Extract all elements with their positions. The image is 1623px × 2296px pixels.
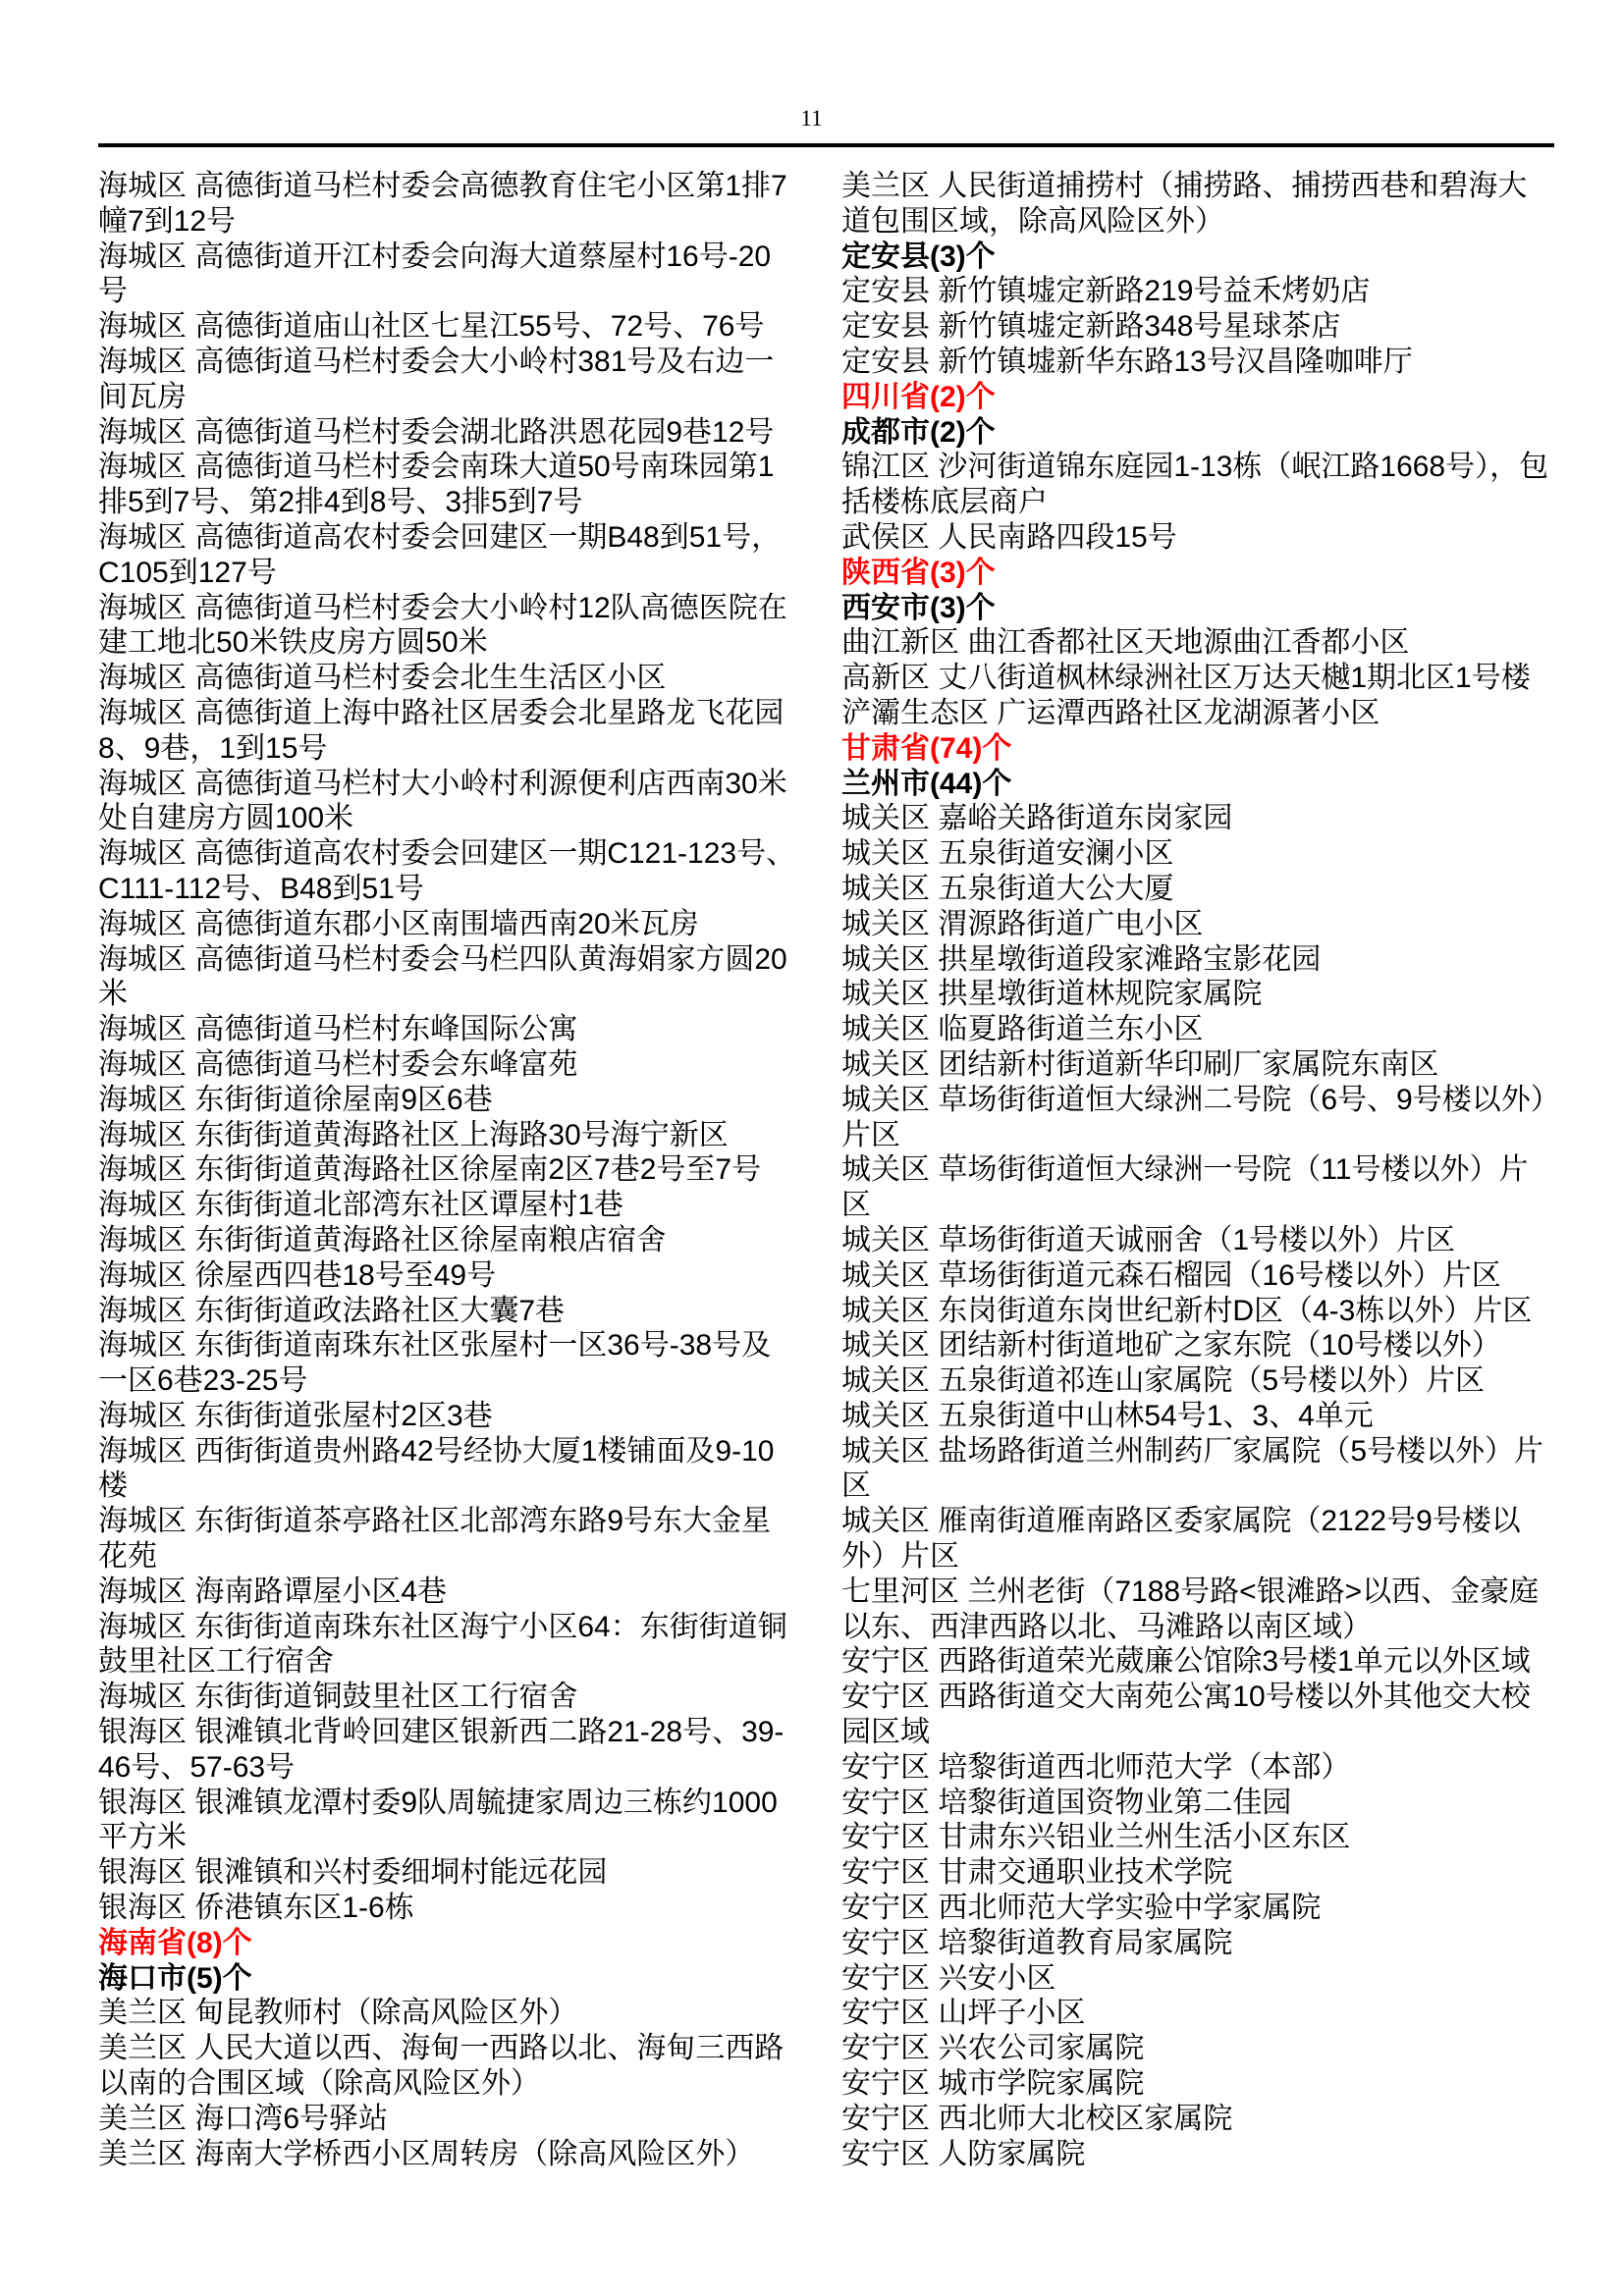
area-entry: 安宁区 西路街道荣光葳廉公馆除3号楼1单元以外区域: [841, 1644, 1555, 1680]
area-entry: 安宁区 甘肃东兴铝业兰州生活小区东区: [841, 1820, 1555, 1855]
area-entry: 城关区 团结新村街道新华印刷厂家属院东南区: [841, 1047, 1555, 1083]
city-header: 定安县(3)个: [841, 240, 1555, 275]
area-entry: 七里河区 兰州老街（7188号路<银滩路>以西、金豪庭以东、西津西路以北、马滩路…: [841, 1575, 1555, 1645]
area-entry: 城关区 五泉街道大公大厦: [841, 872, 1555, 907]
area-entry: 海城区 高德街道马栏村委会南珠大道50号南珠园第1排5到7号、第2排4到8号、3…: [98, 450, 797, 520]
area-entry: 海城区 东街街道北部湾东社区谭屋村1巷: [98, 1188, 797, 1223]
area-entry: 海城区 东街街道茶亭路社区北部湾东路9号东大金星花苑: [98, 1504, 797, 1575]
page-number: 11: [0, 106, 1623, 132]
area-entry: 银海区 银滩镇北背岭回建区银新西二路21-28号、39-46号、57-63号: [98, 1715, 797, 1786]
area-entry: 锦江区 沙河街道锦东庭园1-13栋（岷江路1668号），包括楼栋底层商户: [841, 450, 1555, 520]
area-entry: 定安县 新竹镇墟定新路219号益禾烤奶店: [841, 274, 1555, 309]
area-entry: 城关区 五泉街道祁连山家属院（5号楼以外）片区: [841, 1363, 1555, 1399]
province-header: 甘肃省(74)个: [841, 731, 1555, 767]
area-entry: 美兰区 甸昆教师村（除高风险区外）: [98, 1996, 797, 2031]
area-entry: 安宁区 兴农公司家属院: [841, 2031, 1555, 2066]
area-entry: 海城区 高德街道庙山社区七星江55号、72号、76号: [98, 309, 797, 345]
area-entry: 城关区 拱星墩街道段家滩路宝影花园: [841, 942, 1555, 978]
area-entry: 城关区 团结新村街道地矿之家东院（10号楼以外）: [841, 1328, 1555, 1363]
province-header: 陕西省(3)个: [841, 556, 1555, 591]
area-entry: 海城区 东街街道张屋村2区3巷: [98, 1399, 797, 1434]
area-entry: 海城区 东街街道黄海路社区上海路30号海宁新区: [98, 1118, 797, 1153]
area-entry: 美兰区 人民街道捕捞村（捕捞路、捕捞西巷和碧海大道包围区域，除高风险区外）: [841, 169, 1555, 240]
area-entry: 定安县 新竹镇墟定新路348号星球茶店: [841, 309, 1555, 345]
area-entry: 安宁区 培黎街道国资物业第二佳园: [841, 1786, 1555, 1821]
area-entry: 定安县 新竹镇墟新华东路13号汉昌隆咖啡厅: [841, 345, 1555, 380]
area-entry: 海城区 西街街道贵州路42号经协大厦1楼铺面及9-10楼: [98, 1434, 797, 1505]
area-entry: 高新区 丈八街道枫林绿洲社区万达天樾1期北区1号楼: [841, 661, 1555, 696]
area-entry: 海城区 东街街道黄海路社区徐屋南粮店宿舍: [98, 1223, 797, 1258]
area-entry: 安宁区 培黎街道教育局家属院: [841, 1926, 1555, 1961]
area-entry: 海城区 高德街道马栏村委会大小岭村381号及右边一间瓦房: [98, 345, 797, 415]
area-entry: 海城区 高德街道马栏村委会马栏四队黄海娟家方圆20米: [98, 942, 797, 1013]
city-header: 海口市(5)个: [98, 1961, 797, 1997]
area-entry: 安宁区 人防家属院: [841, 2137, 1555, 2172]
area-entry: 城关区 嘉峪关路街道东岗家园: [841, 801, 1555, 836]
area-entry: 城关区 草场街街道恒大绿洲一号院（11号楼以外）片区: [841, 1152, 1555, 1223]
area-entry: 银海区 侨港镇东区1-6栋: [98, 1891, 797, 1926]
city-header: 兰州市(44)个: [841, 767, 1555, 802]
area-entry: 美兰区 海口湾6号驿站: [98, 2102, 797, 2137]
area-entry: 海城区 徐屋西四巷18号至49号: [98, 1258, 797, 1294]
area-entry: 安宁区 培黎街道西北师范大学（本部）: [841, 1750, 1555, 1786]
area-entry: 城关区 五泉街道安澜小区: [841, 836, 1555, 872]
area-entry: 美兰区 海南大学桥西小区周转房（除高风险区外）: [98, 2137, 797, 2172]
area-entry: 海城区 东街街道铜鼓里社区工行宿舍: [98, 1680, 797, 1715]
area-entry: 银海区 银滩镇和兴村委细垌村能远花园: [98, 1855, 797, 1891]
area-entry: 曲江新区 曲江香都社区天地源曲江香都小区: [841, 625, 1555, 661]
area-entry: 海城区 高德街道上海中路社区居委会北星路龙飞花园8、9巷，1到15号: [98, 696, 797, 767]
area-entry: 海城区 高德街道高农村委会回建区一期C121-123号、C111-112号、B4…: [98, 836, 797, 907]
area-entry: 城关区 渭源路街道广电小区: [841, 907, 1555, 942]
area-entry: 安宁区 西路街道交大南苑公寓10号楼以外其他交大校园区域: [841, 1680, 1555, 1750]
area-entry: 海城区 高德街道马栏村委会湖北路洪恩花园9巷12号: [98, 415, 797, 451]
area-entry: 城关区 草场街街道元森石榴园（16号楼以外）片区: [841, 1258, 1555, 1294]
area-entry: 海城区 东街街道南珠东社区海宁小区64：东街街道铜鼓里社区工行宿舍: [98, 1610, 797, 1681]
area-entry: 城关区 草场街街道恒大绿洲二号院（6号、9号楼以外）片区: [841, 1083, 1555, 1153]
area-entry: 海城区 高德街道开江村委会向海大道蔡屋村16号-20号: [98, 240, 797, 310]
area-entry: 城关区 五泉街道中山林54号1、3、4单元: [841, 1399, 1555, 1434]
right-column: 美兰区 人民街道捕捞村（捕捞路、捕捞西巷和碧海大道包围区域，除高风险区外）定安县…: [841, 169, 1555, 2171]
area-entry: 武侯区 人民南路四段15号: [841, 520, 1555, 556]
area-entry: 浐灞生态区 广运潭西路社区龙湖源著小区: [841, 696, 1555, 731]
area-entry: 安宁区 山坪子小区: [841, 1996, 1555, 2031]
province-header: 四川省(2)个: [841, 380, 1555, 415]
area-entry: 安宁区 甘肃交通职业技术学院: [841, 1855, 1555, 1891]
area-entry: 海城区 东街街道徐屋南9区6巷: [98, 1083, 797, 1118]
area-entry: 海城区 东街街道政法路社区大囊7巷: [98, 1294, 797, 1329]
area-entry: 海城区 高德街道马栏村委会北生生活区小区: [98, 661, 797, 696]
area-entry: 海城区 东街街道黄海路社区徐屋南2区7巷2号至7号: [98, 1152, 797, 1188]
area-entry: 安宁区 西北师大北校区家属院: [841, 2102, 1555, 2137]
area-entry: 银海区 银滩镇龙潭村委9队周毓捷家周边三栋约1000平方米: [98, 1786, 797, 1856]
area-entry: 海城区 高德街道马栏村东峰国际公寓: [98, 1012, 797, 1047]
province-header: 海南省(8)个: [98, 1926, 797, 1961]
area-entry: 城关区 雁南街道雁南路区委家属院（2122号9号楼以外）片区: [841, 1504, 1555, 1575]
area-entry: 安宁区 城市学院家属院: [841, 2066, 1555, 2102]
area-entry: 海城区 高德街道马栏村委会大小岭村12队高德医院在建工地北50米铁皮房方圆50米: [98, 591, 797, 662]
area-entry: 城关区 东岗街道东岗世纪新村D区（4-3栋以外）片区: [841, 1294, 1555, 1329]
city-header: 西安市(3)个: [841, 591, 1555, 626]
area-entry: 海城区 高德街道高农村委会回建区一期B48到51号，C105到127号: [98, 520, 797, 591]
area-entry: 安宁区 兴安小区: [841, 1961, 1555, 1997]
area-entry: 海城区 高德街道马栏村大小岭村利源便利店西南30米处自建房方圆100米: [98, 767, 797, 837]
area-entry: 城关区 拱星墩街道林规院家属院: [841, 977, 1555, 1012]
left-column: 海城区 高德街道马栏村委会高德教育住宅小区第1排7幢7到12号海城区 高德街道开…: [98, 169, 797, 2171]
area-entry: 海城区 海南路谭屋小区4巷: [98, 1575, 797, 1610]
area-entry: 城关区 临夏路街道兰东小区: [841, 1012, 1555, 1047]
area-entry: 安宁区 西北师范大学实验中学家属院: [841, 1891, 1555, 1926]
area-entry: 美兰区 人民大道以西、海甸一西路以北、海甸三西路以南的合围区域（除高风险区外）: [98, 2031, 797, 2102]
area-entry: 海城区 高德街道马栏村委会高德教育住宅小区第1排7幢7到12号: [98, 169, 797, 240]
area-entry: 海城区 东街街道南珠东社区张屋村一区36号-38号及一区6巷23-25号: [98, 1328, 797, 1399]
area-entry: 海城区 高德街道马栏村委会东峰富苑: [98, 1047, 797, 1083]
area-entry: 海城区 高德街道东郡小区南围墙西南20米瓦房: [98, 907, 797, 942]
area-entry: 城关区 盐场路街道兰州制药厂家属院（5号楼以外）片区: [841, 1434, 1555, 1505]
area-entry: 城关区 草场街街道天诚丽舍（1号楼以外）片区: [841, 1223, 1555, 1258]
header-rule: [98, 143, 1554, 147]
city-header: 成都市(2)个: [841, 415, 1555, 451]
